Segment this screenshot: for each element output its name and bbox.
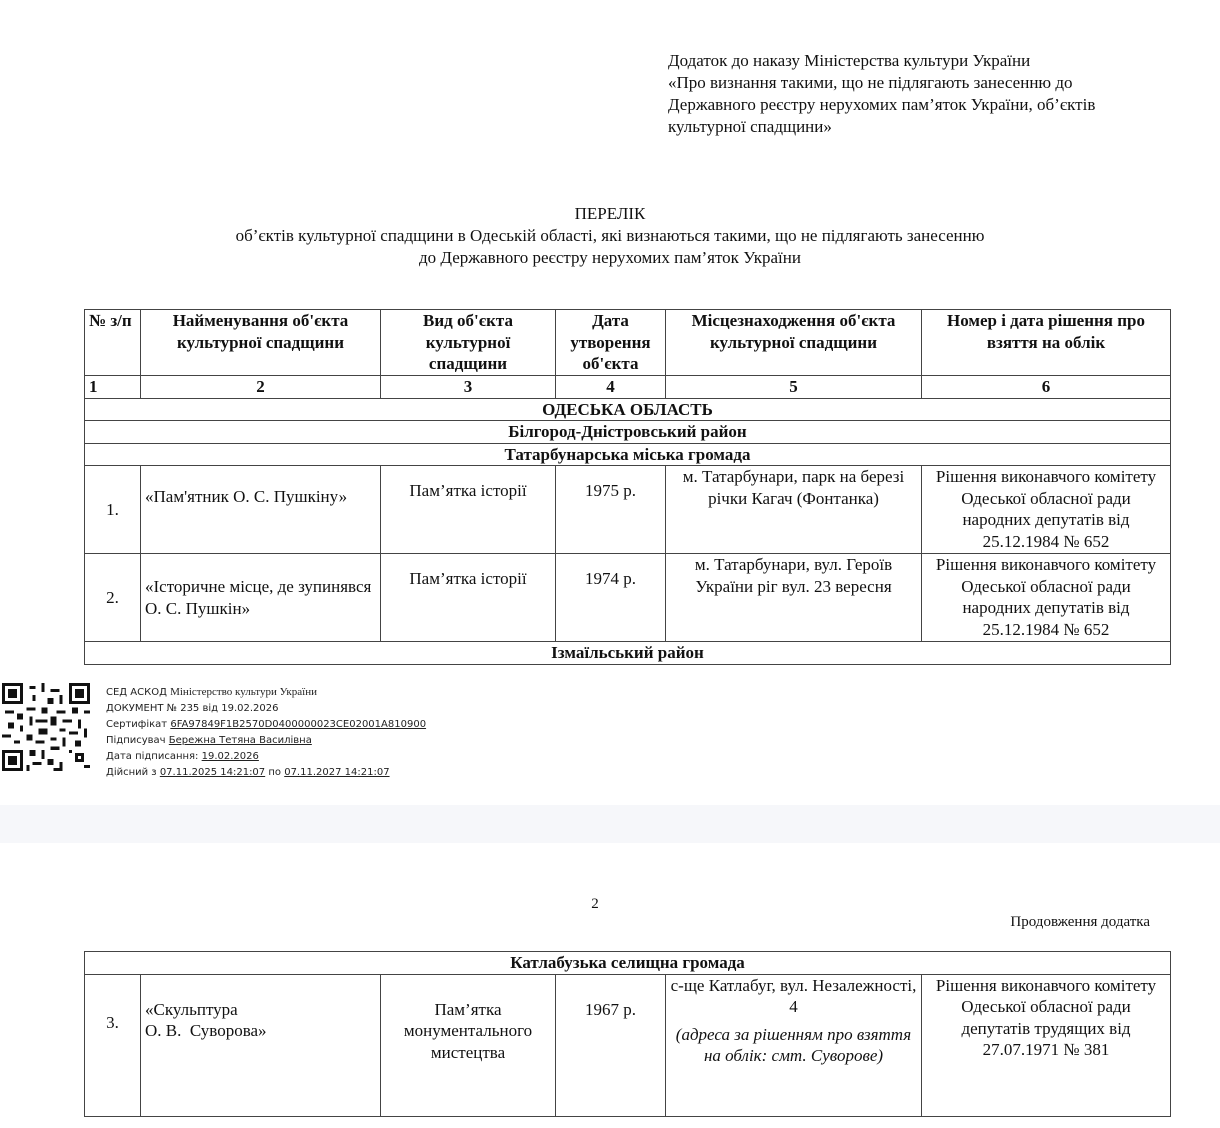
appendix-note-line: «Про визнання такими, що не підлягають з… <box>668 72 1188 94</box>
object-decision: Рішення виконавчого комітету Одеської об… <box>922 554 1171 642</box>
community-row: Татарбунарська міська громада <box>85 443 1171 466</box>
sign-date-label: Дата підписання: <box>106 751 198 762</box>
column-index: 4 <box>556 376 666 399</box>
document-label: ДОКУМЕНТ № 235 від 19.02.2026 <box>106 701 426 717</box>
district-row: Білгород-Дністровський район <box>85 421 1171 444</box>
header-location: Місцезнаходження об'єкта культурної спад… <box>666 310 922 376</box>
header-kind: Вид об'єкта культурної спадщини <box>381 310 556 376</box>
column-index: 1 <box>85 376 141 399</box>
appendix-note: Додаток до наказу Міністерства культури … <box>668 50 1188 138</box>
row-number: 1. <box>85 466 141 554</box>
object-kind: Пам’ятка історії <box>381 554 556 642</box>
qr-code-icon <box>2 683 90 771</box>
object-name: «Скульптура О. В. Суворова» <box>141 974 381 1116</box>
certificate-number: 6FA97849F1B2570D0400000023CE02001A810900 <box>170 719 426 730</box>
header-date: Дата утворення об'єкта <box>556 310 666 376</box>
table-row: 2. «Історичне місце, де зупинявся О. С. … <box>85 554 1171 642</box>
header-number: № з/п <box>85 310 141 376</box>
appendix-note-line: Державного реєстру нерухомих пам’яток Ук… <box>668 94 1188 116</box>
object-decision: Рішення виконавчого комітету Одеської об… <box>922 466 1171 554</box>
header-name: Найменування об'єкта культурної спадщини <box>141 310 381 376</box>
community-row: Катлабузька селищна громада <box>85 952 1171 975</box>
heritage-table-page1: № з/п Найменування об'єкта культурної сп… <box>84 309 1171 665</box>
row-number: 2. <box>85 554 141 642</box>
object-date: 1967 р. <box>556 974 666 1116</box>
signer-label: Підписувач <box>106 735 166 746</box>
system-name: СЕД АСКОД <box>106 687 167 698</box>
valid-from: 07.11.2025 14:21:07 <box>160 767 265 778</box>
valid-to: 07.11.2027 14:21:07 <box>284 767 389 778</box>
heritage-table-page2: Катлабузька селищна громада 3. «Скульпту… <box>84 951 1171 1117</box>
document-subtitle-line1: об’єктів культурної спадщини в Одеській … <box>0 225 1220 247</box>
object-location: м. Татарбунари, вул. Героїв України ріг … <box>666 554 922 642</box>
object-location: с-ще Катлабуг, вул. Незалежності, 4 (адр… <box>666 974 922 1116</box>
valid-from-label: Дійсний з <box>106 767 157 778</box>
table-row: 1. «Пам'ятник О. С. Пушкіну» Пам’ятка іс… <box>85 466 1171 554</box>
appendix-note-line: Додаток до наказу Міністерства культури … <box>668 50 1188 72</box>
object-name-line: О. В. Суворова» <box>145 1020 376 1042</box>
column-index: 6 <box>922 376 1171 399</box>
object-name-line: «Скульптура <box>145 999 376 1021</box>
header-decision: Номер і дата рішення про взяття на облік <box>922 310 1171 376</box>
column-index: 3 <box>381 376 556 399</box>
object-location: м. Татарбунари, парк на березі річки Каг… <box>666 466 922 554</box>
signer-name: Бережна Тетяна Василівна <box>169 735 312 746</box>
ministry-name: Міністерство культури України <box>170 686 317 698</box>
table-row: 3. «Скульптура О. В. Суворова» Пам’ятка … <box>85 974 1171 1116</box>
region-row: ОДЕСЬКА ОБЛАСТЬ <box>85 398 1171 421</box>
digital-signature-stamp: СЕД АСКОД Міністерство культури України … <box>106 684 426 781</box>
row-number: 3. <box>85 974 141 1116</box>
certificate-label: Сертифікат <box>106 719 167 730</box>
sign-date: 19.02.2026 <box>202 751 259 762</box>
object-decision: Рішення виконавчого комітету Одеської об… <box>922 974 1171 1116</box>
object-kind: Пам’ятка історії <box>381 466 556 554</box>
column-index-row: 1 2 3 4 5 6 <box>85 376 1171 399</box>
object-name: «Пам'ятник О. С. Пушкіну» <box>141 466 381 554</box>
document-title: ПЕРЕЛІК <box>0 203 1220 225</box>
object-date: 1974 р. <box>556 554 666 642</box>
document-subtitle-line2: до Державного реєстру нерухомих пам’яток… <box>0 247 1220 269</box>
location-note: (адреса за рішенням про взяття на облік:… <box>670 1024 917 1067</box>
object-name: «Історичне місце, де зупинявся О. С. Пуш… <box>141 554 381 642</box>
page-number: 2 <box>0 896 1190 913</box>
column-index: 2 <box>141 376 381 399</box>
continuation-label: Продовження додатка <box>1010 914 1150 931</box>
appendix-note-line: культурної спадщини» <box>668 116 1188 138</box>
page-separator <box>0 805 1220 843</box>
table-header-row: № з/п Найменування об'єкта культурної сп… <box>85 310 1171 376</box>
object-kind: Пам’ятка монументального мистецтва <box>381 974 556 1116</box>
location-address: с-ще Катлабуг, вул. Незалежності, 4 <box>671 976 917 1017</box>
district-row: Ізмаїльський район <box>85 642 1171 665</box>
object-date: 1975 р. <box>556 466 666 554</box>
column-index: 5 <box>666 376 922 399</box>
valid-to-label: по <box>268 767 281 778</box>
